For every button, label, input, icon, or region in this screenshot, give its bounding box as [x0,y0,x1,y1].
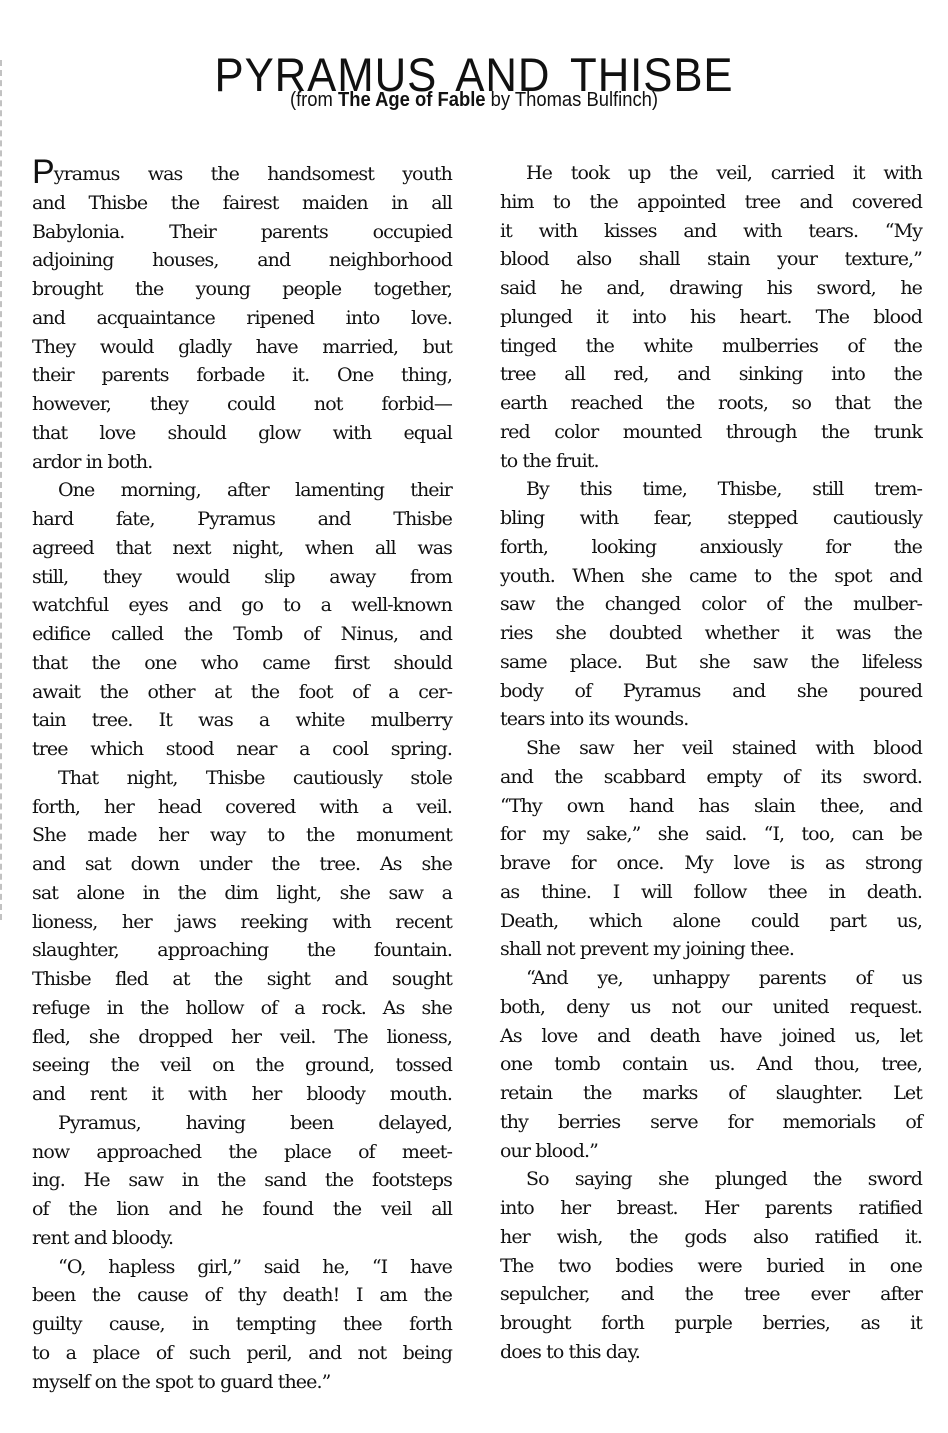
text-line: By this time, Thisbe, still trem- [500,475,922,504]
text-line: him to the appointed tree and covered [500,188,922,217]
text-line: our blood.” [500,1137,922,1166]
text-line: “Thy own hand has slain thee, and [500,792,922,821]
text-line: Babylonia. Their parents occupied [32,218,452,247]
text-line: “O, hapless girl,” said he, “I have [32,1253,452,1282]
text-line: however, they could not forbid— [32,390,452,419]
text-line: brought forth purple berries, as it [500,1309,922,1338]
text-line: earth reached the roots, so that the [500,389,922,418]
subtitle-suffix: by Thomas Bulfinch) [486,89,658,111]
text-line: plunged it into his heart. The blood [500,303,922,332]
text-line: edifice called the Tomb of Ninus, and [32,620,452,649]
text-line: One morning, after lamenting their [32,476,452,505]
drop-cap: P [32,153,54,191]
paragraph-6: He took up the veil, carried it with him… [500,159,922,475]
text-line: and sat down under the tree. As she [32,850,452,879]
paragraph-3: That night, Thisbe cautiously stole fort… [32,764,452,1109]
paragraph-10: So saying she plunged the sword into her… [500,1165,922,1366]
text-line: await the other at the foot of a cer- [32,678,452,707]
text-line: her wish, the gods also ratified it. [500,1223,922,1252]
text-line: body of Pyramus and she poured [500,677,922,706]
text-line: myself on the spot to guard thee.” [32,1368,452,1397]
text-line: red color mounted through the trunk [500,418,922,447]
text-line: hard fate, Pyramus and Thisbe [32,505,452,534]
text-line: watchful eyes and go to a well-known [32,591,452,620]
text-line: The two bodies were buried in one [500,1252,922,1281]
text-line: As love and death have joined us, let [500,1022,922,1051]
text-line: He took up the veil, carried it with [500,159,922,188]
paragraph-5: “O, hapless girl,” said he, “I have been… [32,1253,452,1397]
text-line: Pyramus was the handsomest youth [32,160,452,189]
text-line: ardor in both. [32,448,452,477]
text-line: bling with fear, stepped cautiously [500,504,922,533]
text-line: forth, looking anxiously for the [500,533,922,562]
text-line: “And ye, unhappy parents of us [500,964,922,993]
subtitle-prefix: (from [290,89,338,111]
paragraph-4: Pyramus, having been delayed, now approa… [32,1109,452,1253]
text-line: of the lion and he found the veil all [32,1195,452,1224]
text-line: Pyramus, having been delayed, [32,1109,452,1138]
text-line: ing. He saw in the sand the footsteps [32,1166,452,1195]
text-line: retain the marks of slaughter. Let [500,1079,922,1108]
text-line: guilty cause, in tempting thee forth [32,1310,452,1339]
left-column: Pyramus was the handsomest youth and Thi… [32,160,452,1396]
text-line: fled, she dropped her veil. The lioness, [32,1023,452,1052]
text-line: brave for once. My love is as strong [500,849,922,878]
text-line: that love should glow with equal [32,419,452,448]
text-line: adjoining houses, and neighborhood [32,246,452,275]
text-line: and the scabbard empty of its sword. [500,763,922,792]
text-line: refuge in the hollow of a rock. As she [32,994,452,1023]
text-line: tinged the white mulberries of the [500,332,922,361]
text-line: sepulcher, and the tree ever after [500,1280,922,1309]
text-line: into her breast. Her parents ratified [500,1194,922,1223]
text-line: to a place of such peril, and not being [32,1339,452,1368]
text-line: slaughter, approaching the fountain. [32,936,452,965]
text-line: forth, her head covered with a veil. [32,793,452,822]
text-line: So saying she plunged the sword [500,1165,922,1194]
text-line: to the fruit. [500,447,922,476]
text-line: their parents forbade it. One thing, [32,361,452,390]
text-line: said he and, drawing his sword, he [500,274,922,303]
book-title: The Age of Fable [338,89,486,111]
right-column: He took up the veil, carried it with him… [500,159,922,1367]
text-line: youth. When she came to the spot and [500,562,922,591]
text-line: saw the changed color of the mulber- [500,590,922,619]
text-line: blood also shall stain your texture,” [500,245,922,274]
text-line: rent and bloody. [32,1224,452,1253]
subtitle: (from The Age of Fable by Thomas Bulfinc… [38,86,910,114]
text-line: sat alone in the dim light, she saw a [32,879,452,908]
text-line: shall not prevent my joining thee. [500,935,922,964]
paragraph-2: One morning, after lamenting their hard … [32,476,452,764]
text-line: lioness, her jaws reeking with recent [32,908,452,937]
text-line: as thine. I will follow thee in death. [500,878,922,907]
text-line: thy berries serve for memorials of [500,1108,922,1137]
text-line: one tomb contain us. And thou, tree, [500,1050,922,1079]
paragraph-7: By this time, Thisbe, still trem- bling … [500,475,922,734]
paragraph-9: “And ye, unhappy parents of us both, den… [500,964,922,1165]
text-line: seeing the veil on the ground, tossed [32,1051,452,1080]
text-line: They would gladly have married, but [32,333,452,362]
text-line: still, they would slip away from [32,563,452,592]
text-line: and rent it with her bloody mouth. [32,1080,452,1109]
text-line: for my sake,” she said. “I, too, can be [500,820,922,849]
text-line: ries she doubted whether it was the [500,619,922,648]
text-line: Death, which alone could part us, [500,907,922,936]
text-line: now approached the place of meet- [32,1138,452,1167]
text-line: that the one who came first should [32,649,452,678]
text-line: She made her way to the monument [32,821,452,850]
text-line: tain tree. It was a white mulberry [32,706,452,735]
text-line: That night, Thisbe cautiously stole [32,764,452,793]
text-line: been the cause of thy death! I am the [32,1281,452,1310]
text-line: both, deny us not our united request. [500,993,922,1022]
paragraph-8: She saw her veil stained with blood and … [500,734,922,964]
text-line: tree all red, and sinking into the [500,360,922,389]
text-line: and acquaintance ripened into love. [32,304,452,333]
text-line: She saw her veil stained with blood [500,734,922,763]
text-line: tree which stood near a cool spring. [32,735,452,764]
paragraph-1: Pyramus was the handsomest youth and Thi… [32,160,452,476]
text-line: agreed that next night, when all was [32,534,452,563]
text-line: and Thisbe the fairest maiden in all [32,189,452,218]
text-line: brought the young people together, [32,275,452,304]
page-edge-rule [0,60,4,920]
text-line: same place. But she saw the lifeless [500,648,922,677]
text-line: does to this day. [500,1338,922,1367]
text-line: Thisbe fled at the sight and sought [32,965,452,994]
text-line: it with kisses and with tears. “My [500,217,922,246]
text-line: tears into its wounds. [500,705,922,734]
